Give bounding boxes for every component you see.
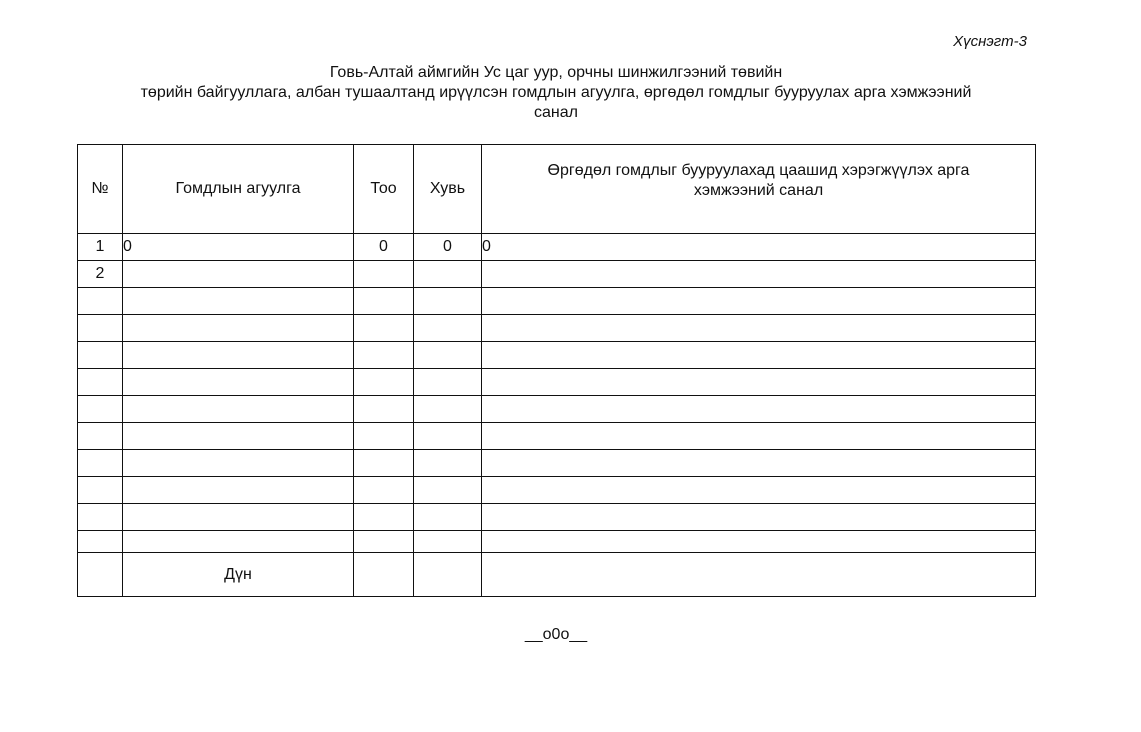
title-line-1: Говь-Алтай аймгийн Ус цаг уур, орчны шин…	[77, 63, 1035, 83]
total-count	[354, 553, 414, 597]
table-row	[78, 450, 1036, 477]
row-count	[354, 477, 414, 504]
row-complaint-content	[123, 369, 354, 396]
total-proposal	[482, 553, 1036, 597]
row-proposal	[482, 342, 1036, 369]
row-percent	[414, 396, 482, 423]
table-total-row: Дүн	[78, 553, 1036, 597]
row-complaint-content	[123, 531, 354, 553]
table-row	[78, 315, 1036, 342]
row-complaint-content: 0	[123, 234, 354, 261]
row-complaint-content	[123, 396, 354, 423]
row-complaint-content	[123, 423, 354, 450]
row-count	[354, 450, 414, 477]
row-number	[78, 342, 123, 369]
row-proposal: 0	[482, 234, 1036, 261]
table-row	[78, 531, 1036, 553]
row-percent	[414, 288, 482, 315]
row-count	[354, 423, 414, 450]
row-complaint-content	[123, 477, 354, 504]
table-row	[78, 342, 1036, 369]
row-count	[354, 288, 414, 315]
row-count	[354, 369, 414, 396]
row-count	[354, 342, 414, 369]
row-number	[78, 504, 123, 531]
table-row	[78, 288, 1036, 315]
table-row	[78, 396, 1036, 423]
row-proposal	[482, 369, 1036, 396]
document-title: Говь-Алтай аймгийн Ус цаг уур, орчны шин…	[77, 63, 1035, 123]
total-percent	[414, 553, 482, 597]
row-complaint-content	[123, 342, 354, 369]
row-number	[78, 423, 123, 450]
table-row	[78, 504, 1036, 531]
row-count	[354, 315, 414, 342]
complaints-table: № Гомдлын агуулга Тоо Хувь Өргөдөл гомдл…	[77, 144, 1036, 597]
table-header-row: № Гомдлын агуулга Тоо Хувь Өргөдөл гомдл…	[78, 145, 1036, 234]
row-proposal	[482, 477, 1036, 504]
header-proposal: Өргөдөл гомдлыг бууруулахад цаашид хэрэг…	[482, 145, 1036, 234]
row-complaint-content	[123, 315, 354, 342]
table-row	[78, 369, 1036, 396]
row-percent	[414, 504, 482, 531]
row-number: 2	[78, 261, 123, 288]
row-proposal	[482, 423, 1036, 450]
appendix-label: Хүснэгт-3	[0, 33, 1027, 50]
row-count	[354, 531, 414, 553]
row-number: 1	[78, 234, 123, 261]
row-number	[78, 450, 123, 477]
row-number	[78, 477, 123, 504]
row-proposal	[482, 315, 1036, 342]
row-count	[354, 504, 414, 531]
total-label: Дүн	[123, 553, 354, 597]
row-count: 0	[354, 234, 414, 261]
header-number: №	[78, 145, 123, 234]
row-percent	[414, 477, 482, 504]
table-row	[78, 423, 1036, 450]
total-number	[78, 553, 123, 597]
row-number	[78, 288, 123, 315]
header-percent: Хувь	[414, 145, 482, 234]
header-complaint-content: Гомдлын агуулга	[123, 145, 354, 234]
row-percent	[414, 423, 482, 450]
row-number	[78, 531, 123, 553]
row-percent	[414, 342, 482, 369]
row-percent	[414, 315, 482, 342]
row-complaint-content	[123, 450, 354, 477]
row-percent	[414, 261, 482, 288]
row-percent	[414, 369, 482, 396]
row-percent: 0	[414, 234, 482, 261]
row-complaint-content	[123, 288, 354, 315]
table-row	[78, 477, 1036, 504]
row-proposal	[482, 396, 1036, 423]
row-proposal	[482, 531, 1036, 553]
row-complaint-content	[123, 504, 354, 531]
title-line-2: төрийн байгууллага, албан тушаалтанд ирү…	[77, 83, 1035, 103]
table-row: 2	[78, 261, 1036, 288]
table-body: 100002Дүн	[78, 234, 1036, 597]
row-percent	[414, 450, 482, 477]
row-proposal	[482, 450, 1036, 477]
row-count	[354, 396, 414, 423]
footer-mark: __o0o__	[0, 626, 1112, 644]
table-row: 10000	[78, 234, 1036, 261]
header-proposal-text: Өргөдөл гомдлыг бууруулахад цаашид хэрэг…	[524, 161, 994, 201]
row-proposal	[482, 504, 1036, 531]
row-percent	[414, 531, 482, 553]
row-number	[78, 396, 123, 423]
row-number	[78, 369, 123, 396]
row-count	[354, 261, 414, 288]
title-line-3: санал	[77, 103, 1035, 123]
header-count: Тоо	[354, 145, 414, 234]
row-complaint-content	[123, 261, 354, 288]
row-proposal	[482, 288, 1036, 315]
row-proposal	[482, 261, 1036, 288]
row-number	[78, 315, 123, 342]
